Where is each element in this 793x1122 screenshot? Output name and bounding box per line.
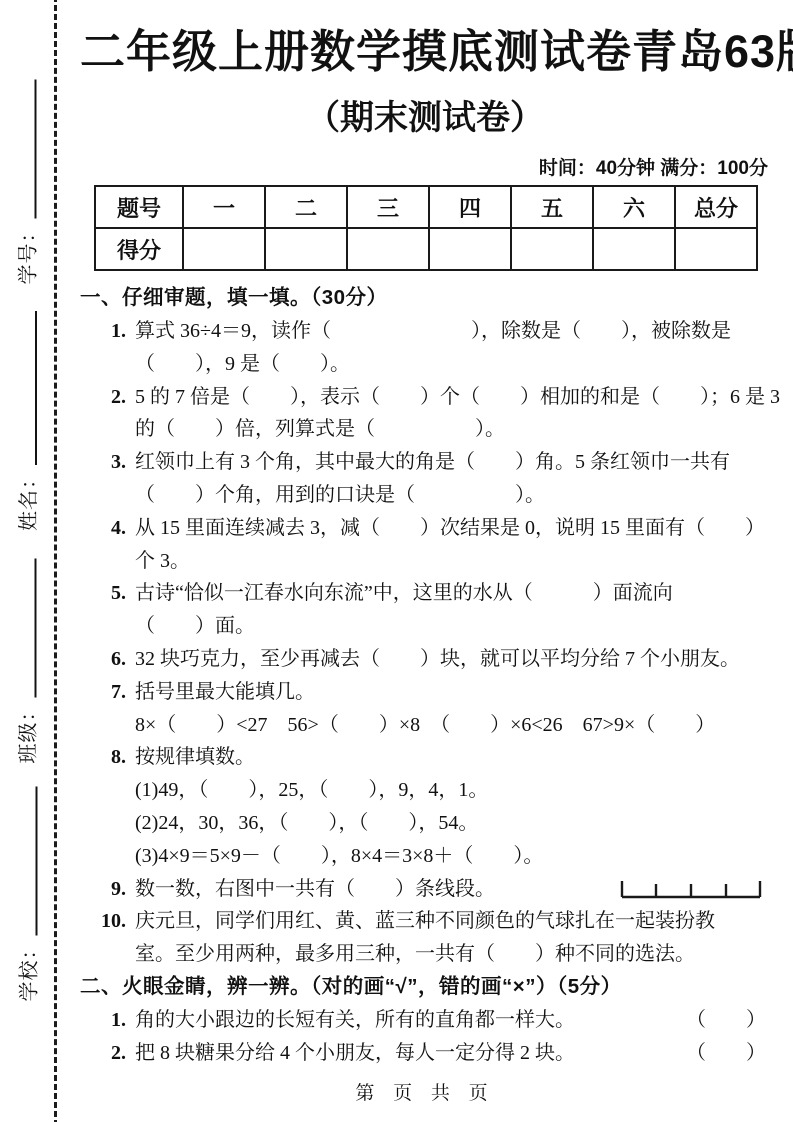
- question-3: 3. 红领巾上有 3 个角，其中最大的角是（ ）角。5 条红领巾一共有 （ ）个…: [80, 446, 770, 512]
- score-cell: [347, 228, 429, 270]
- question-number: 8.: [80, 741, 126, 774]
- question-1: 1. 算式 36÷4＝9，读作（ ），除数是（ ），被除数是 （ ），9 是（ …: [80, 315, 770, 381]
- score-table-header-row: 题号 一 二 三 四 五 六 总分: [95, 186, 757, 228]
- write-in-line: [35, 311, 37, 465]
- score-cell: [675, 228, 757, 270]
- score-header-cell: 总分: [675, 186, 757, 228]
- score-row-label: 得分: [95, 228, 183, 270]
- score-header-cell: 四: [429, 186, 511, 228]
- section1-heading: 一、仔细审题，填一填。（30分）: [80, 282, 770, 315]
- sidebar-field-student-id: 学号：: [11, 80, 41, 285]
- question-line: (2)24，30，36，（ ），（ ），54。: [135, 807, 770, 840]
- score-table: 题号 一 二 三 四 五 六 总分 得分: [94, 185, 758, 271]
- question-number: 3.: [80, 446, 126, 479]
- question-line: 古诗“恰似一江春水向东流”中，这里的水从（ ）面流向: [135, 577, 770, 610]
- sidebar-field-label: 学校：: [13, 939, 42, 1002]
- main-column: 二年级上册数学摸底测试卷青岛63版 （期末测试卷） 时间：40分钟 满分：100…: [80, 18, 770, 1105]
- question-line: 括号里最大能填几。: [135, 676, 770, 709]
- question-2: 2. 5 的 7 倍是（ ），表示（ ）个（ ）相加的和是（ ）；6 是 3 的…: [80, 381, 770, 447]
- question-line: 8×（ ）<27 56>（ ）×8 （ ）×6<26 67>9×（ ）: [135, 709, 770, 742]
- question-number: 10.: [80, 905, 126, 938]
- question-8: 8. 按规律填数。 (1)49，（ ），25，（ ），9，4，1。 (2)24，…: [80, 741, 770, 872]
- question-line: 室。至少用两种，最多用三种，一共有（ ）种不同的选法。: [135, 938, 770, 971]
- answer-blank: （ ）: [686, 1004, 766, 1037]
- score-cell: [429, 228, 511, 270]
- question-10: 10. 庆元旦，同学们用红、黄、蓝三种不同颜色的气球扎在一起装扮教 室。至少用两…: [80, 905, 770, 971]
- exam-subtitle: （期末测试卷）: [80, 90, 770, 139]
- exam-meta: 时间：40分钟 满分：100分: [80, 153, 770, 180]
- question-number: 2.: [80, 1037, 126, 1070]
- question-line: 算式 36÷4＝9，读作（ ），除数是（ ），被除数是: [135, 315, 770, 348]
- question-text: 把 8 块糖果分给 4 个小朋友，每人一定分得 2 块。: [135, 1037, 575, 1070]
- score-header-cell: 三: [347, 186, 429, 228]
- question-line: 庆元旦，同学们用红、黄、蓝三种不同颜色的气球扎在一起装扮教: [135, 905, 770, 938]
- question-6: 6. 32 块巧克力，至少再减去（ ）块，就可以平均分给 7 个小朋友。: [80, 643, 770, 676]
- question-line: 按规律填数。: [135, 741, 770, 774]
- write-in-line: [35, 80, 37, 219]
- sidebar-field-label: 姓名：: [12, 468, 41, 531]
- score-cell: [265, 228, 347, 270]
- sidebar-field-label: 班级：: [12, 701, 41, 764]
- sidebar-field-class: 班级：: [11, 559, 41, 764]
- answer-blank: （ ）: [686, 1037, 766, 1070]
- line-segment-figure: [618, 873, 764, 903]
- score-header-cell: 一: [183, 186, 265, 228]
- question-line: (1)49，（ ），25，（ ），9，4，1。: [135, 774, 770, 807]
- score-header-cell: 五: [511, 186, 593, 228]
- question-number: 1.: [80, 315, 126, 348]
- score-header-cell: 题号: [95, 186, 183, 228]
- question-number: 2.: [80, 381, 126, 414]
- sidebar-field-label: 学号：: [12, 222, 41, 285]
- score-header-cell: 六: [593, 186, 675, 228]
- question-4: 4. 从 15 里面连续减去 3，减（ ）次结果是 0，说明 15 里面有（ ）…: [80, 512, 770, 578]
- question-number: 7.: [80, 676, 126, 709]
- exam-paper-page: 学号： 姓名： 班级： 学校： 二年级上册数学摸底测试卷青岛63版 （期末测试卷…: [0, 0, 793, 1122]
- question-7: 7. 括号里最大能填几。 8×（ ）<27 56>（ ）×8 （ ）×6<26 …: [80, 676, 770, 742]
- question-number: 9.: [80, 873, 126, 906]
- write-in-line: [35, 559, 37, 698]
- exam-body: 一、仔细审题，填一填。（30分） 1. 算式 36÷4＝9，读作（ ），除数是（…: [80, 282, 770, 1069]
- question-line: 的（ ）倍，列算式是（ ）。: [135, 413, 770, 446]
- score-table-score-row: 得分: [95, 228, 757, 270]
- score-cell: [511, 228, 593, 270]
- sidebar-field-school: 学校：: [12, 787, 42, 1002]
- write-in-line: [36, 787, 38, 936]
- question-line: 5 的 7 倍是（ ），表示（ ）个（ ）相加的和是（ ）；6 是 3: [135, 381, 770, 414]
- score-cell: [593, 228, 675, 270]
- tf-question-2: 2. 把 8 块糖果分给 4 个小朋友，每人一定分得 2 块。 （ ）: [80, 1037, 770, 1070]
- question-line: 32 块巧克力，至少再减去（ ）块，就可以平均分给 7 个小朋友。: [135, 643, 770, 676]
- score-cell: [183, 228, 265, 270]
- tf-question-1: 1. 角的大小跟边的长短有关，所有的直角都一样大。 （ ）: [80, 1004, 770, 1037]
- question-5: 5. 古诗“恰似一江春水向东流”中，这里的水从（ ）面流向 （ ）面。: [80, 577, 770, 643]
- page-footer: 第 页 共 页: [80, 1078, 770, 1105]
- question-number: 6.: [80, 643, 126, 676]
- question-line: （ ）面。: [135, 610, 770, 643]
- question-line: （ ）个角，用到的口诀是（ ）。: [135, 479, 770, 512]
- fold-dashed-line: [54, 0, 57, 1122]
- question-line: 从 15 里面连续减去 3，减（ ）次结果是 0，说明 15 里面有（ ）: [135, 512, 770, 545]
- question-9: 9. 数一数，右图中一共有（ ）条线段。: [80, 873, 770, 906]
- question-number: 5.: [80, 577, 126, 610]
- question-number: 4.: [80, 512, 126, 545]
- question-line: （ ），9 是（ ）。: [135, 348, 770, 381]
- question-text: 角的大小跟边的长短有关，所有的直角都一样大。: [135, 1004, 575, 1037]
- question-number: 1.: [80, 1004, 126, 1037]
- exam-title: 二年级上册数学摸底测试卷青岛63版: [80, 24, 770, 80]
- question-line: 个 3。: [135, 545, 770, 578]
- question-line: 红领巾上有 3 个角，其中最大的角是（ ）角。5 条红领巾一共有: [135, 446, 770, 479]
- score-header-cell: 二: [265, 186, 347, 228]
- question-line: (3)4×9＝5×9－（ ），8×4＝3×8＋（ ）。: [135, 840, 770, 873]
- section2-heading: 二、火眼金睛，辨一辨。（对的画“√”，错的画“×”）（5分）: [80, 971, 770, 1004]
- sidebar-field-name: 姓名：: [11, 311, 41, 531]
